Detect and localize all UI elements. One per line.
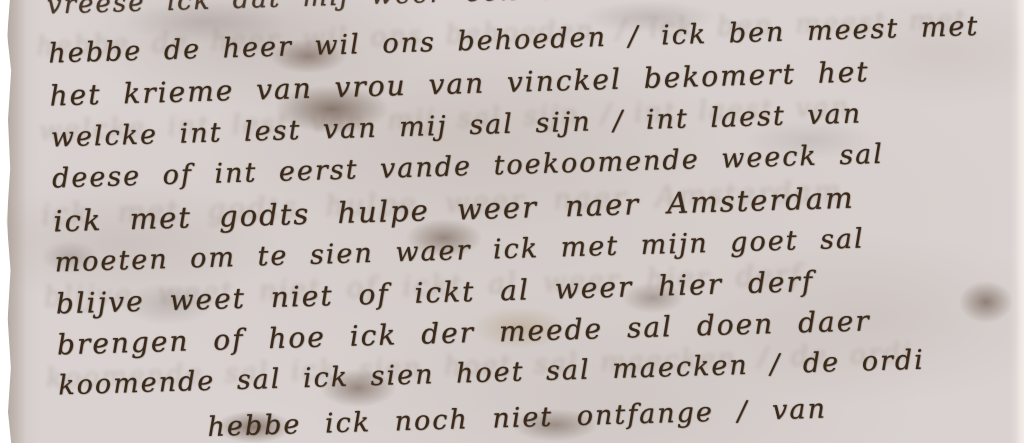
paper-edge-shadow: [8, 0, 30, 443]
manuscript-scan: hebbe de heer wil ons behoeden / ick ben…: [0, 0, 1024, 443]
manuscript-line: vreese ick dat mij weer een sattendans g…: [47, 0, 762, 19]
paper-edge-right: [1016, 0, 1024, 443]
handwritten-text-block: vreese ick dat mij weer een sattendans g…: [0, 0, 1024, 443]
